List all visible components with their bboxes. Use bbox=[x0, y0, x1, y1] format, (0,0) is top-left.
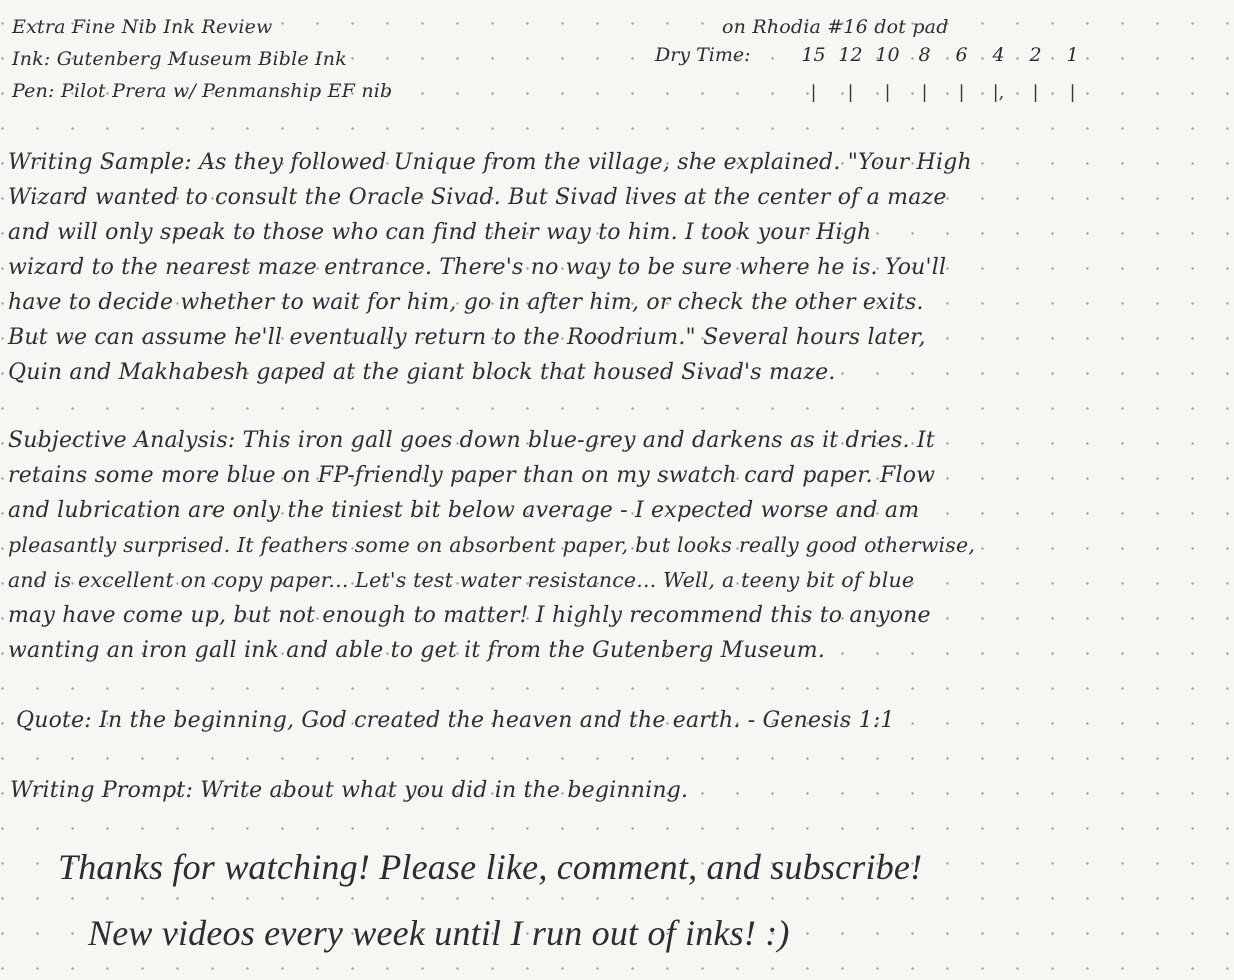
analysis-line: and is excellent on copy paper... Let's … bbox=[8, 568, 914, 592]
dry-time-value: 10 bbox=[869, 44, 906, 66]
dry-time-value: 4 bbox=[980, 44, 1017, 66]
quote-line: Quote: In the beginning, God created the… bbox=[16, 708, 895, 733]
paper-name: on Rhodia #16 dot pad bbox=[722, 16, 949, 38]
writing-sample-line: Wizard wanted to consult the Oracle Siva… bbox=[8, 185, 947, 210]
dry-mark: | bbox=[943, 82, 980, 103]
dot-grid-page: Extra Fine Nib Ink Review Ink: Gutenberg… bbox=[0, 0, 1234, 980]
dry-mark: | bbox=[906, 82, 943, 103]
dry-mark: | bbox=[832, 82, 869, 103]
writing-sample-line: Writing Sample: As they followed Unique … bbox=[8, 150, 972, 175]
ink-name: Ink: Gutenberg Museum Bible Ink bbox=[12, 48, 347, 70]
analysis-line: wanting an iron gall ink and able to get… bbox=[8, 638, 825, 663]
dry-mark: | bbox=[795, 82, 832, 103]
closing-line-2: New videos every week until I run out of… bbox=[88, 912, 790, 954]
dry-time-value: 15 bbox=[795, 44, 832, 66]
analysis-line: Subjective Analysis: This iron gall goes… bbox=[8, 428, 935, 453]
analysis-line: may have come up, but not enough to matt… bbox=[8, 603, 931, 628]
writing-sample-line: Quin and Makhabesh gaped at the giant bl… bbox=[8, 360, 836, 385]
dry-mark: | bbox=[1017, 82, 1054, 103]
closing-line-1: Thanks for watching! Please like, commen… bbox=[58, 846, 922, 888]
dry-mark: |, bbox=[980, 82, 1017, 103]
writing-sample-line: But we can assume he'll eventually retur… bbox=[8, 325, 926, 350]
dry-mark: | bbox=[869, 82, 906, 103]
pen-name: Pen: Pilot Prera w/ Penmanship EF nib bbox=[12, 80, 392, 102]
dry-time-row: Dry Time:15121086421 bbox=[655, 44, 1091, 66]
writing-prompt-line: Writing Prompt: Write about what you did… bbox=[10, 778, 688, 803]
writing-sample-line: have to decide whether to wait for him, … bbox=[8, 290, 924, 315]
analysis-line: pleasantly surprised. It feathers some o… bbox=[8, 533, 975, 557]
dry-time-value: 12 bbox=[832, 44, 869, 66]
dry-time-marks: ||||||,|| bbox=[795, 82, 1091, 103]
dry-time-label: Dry Time: bbox=[655, 44, 795, 66]
dry-time-value: 2 bbox=[1017, 44, 1054, 66]
dry-time-value: 1 bbox=[1054, 44, 1091, 66]
writing-sample-line: wizard to the nearest maze entrance. The… bbox=[8, 255, 946, 280]
dry-time-value: 8 bbox=[906, 44, 943, 66]
writing-sample-line: and will only speak to those who can fin… bbox=[8, 220, 871, 245]
dry-time-value: 6 bbox=[943, 44, 980, 66]
review-title: Extra Fine Nib Ink Review bbox=[12, 16, 273, 38]
analysis-line: and lubrication are only the tiniest bit… bbox=[8, 498, 919, 523]
analysis-line: retains some more blue on FP-friendly pa… bbox=[8, 463, 935, 488]
dry-mark: | bbox=[1054, 82, 1091, 103]
